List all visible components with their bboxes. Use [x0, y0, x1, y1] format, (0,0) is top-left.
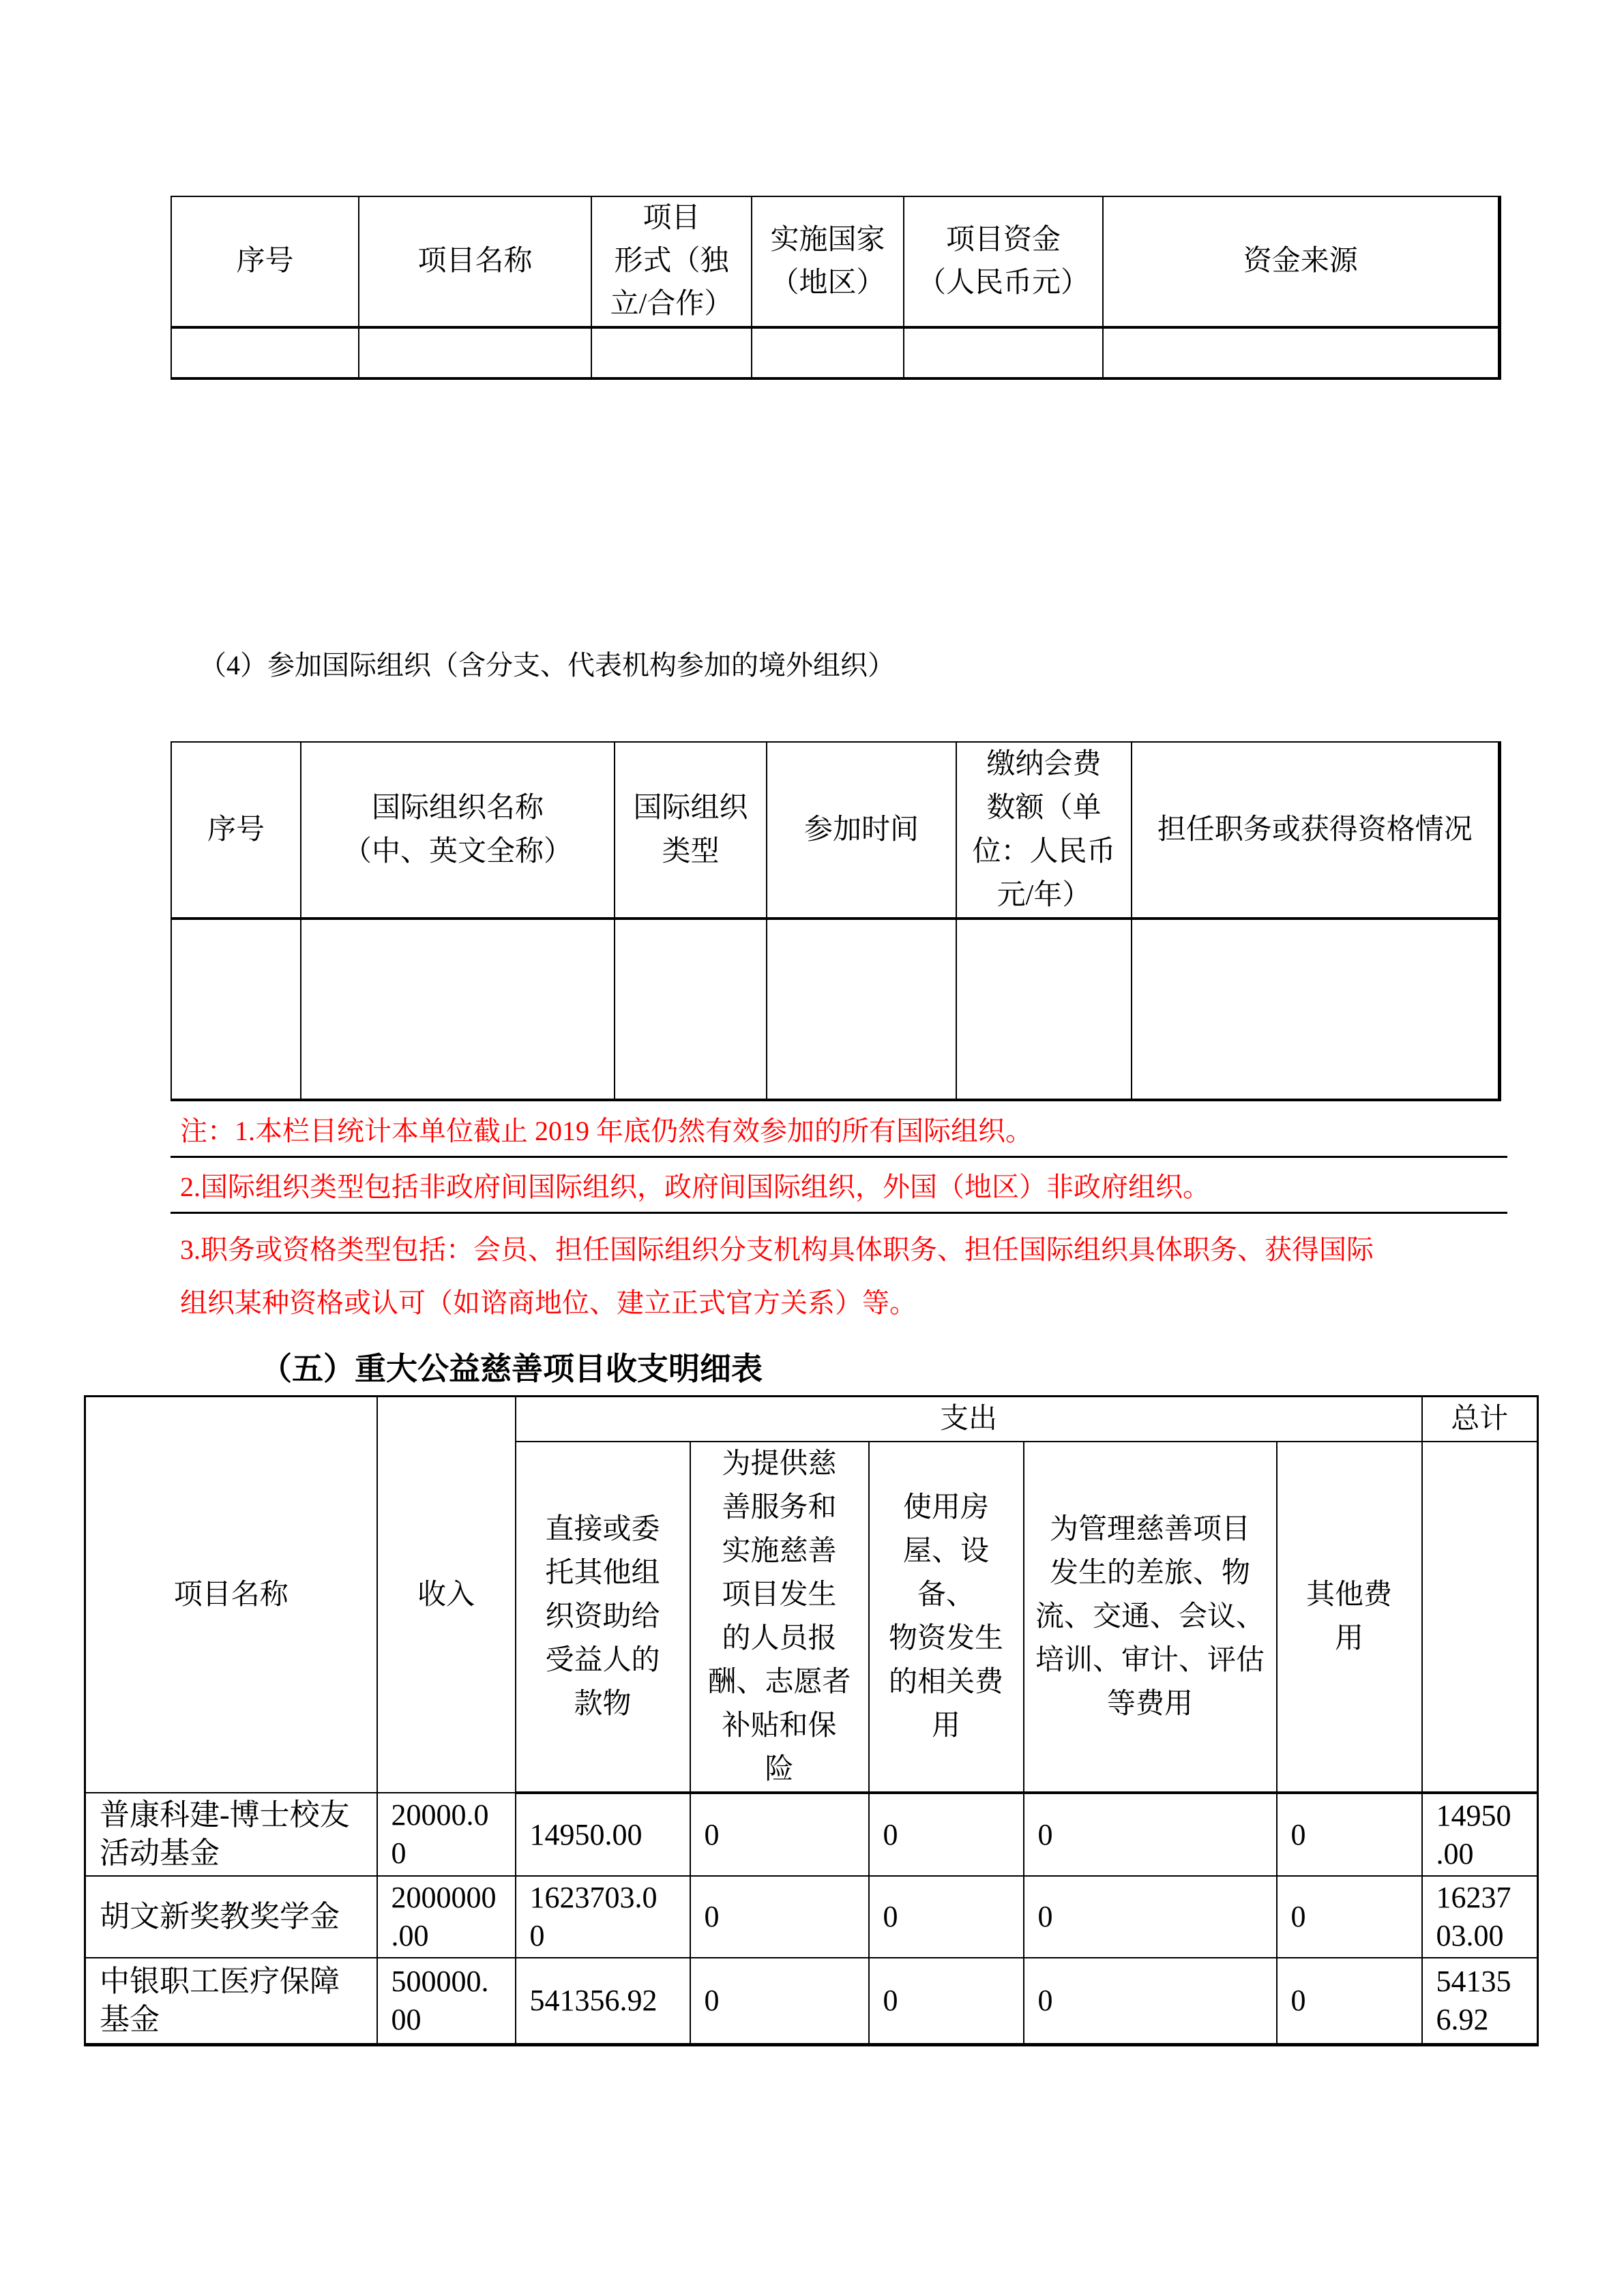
col-header-expense-group: 支出: [516, 1397, 1422, 1442]
project-name-cell: 胡文新奖教奖学金: [85, 1876, 377, 1958]
empty-cell: [904, 327, 1103, 378]
other-costs-cell: 0: [1277, 1876, 1422, 1958]
empty-cell: [956, 919, 1132, 1100]
document-page: 序号 项目名称 项目 形式（独 立/合作） 实施国家 （地区） 项目资金 （人民…: [0, 0, 1624, 2296]
facility-costs-cell: 0: [869, 1876, 1024, 1958]
col-header-project-name: 项目名称: [85, 1397, 377, 1793]
facility-costs-cell: 0: [869, 1958, 1024, 2044]
admin-costs-cell: 0: [1024, 1958, 1277, 2044]
empty-cell: [752, 327, 904, 378]
note-1: 注：1.本栏目统计本单位截止 2019 年底仍然有效参加的所有国际组织。: [171, 1102, 1507, 1158]
col-header-org-type: 国际组织 类型: [615, 742, 767, 919]
empty-cell: [1103, 327, 1499, 378]
facility-costs-cell: 0: [869, 1793, 1024, 1876]
col-header-income: 收入: [377, 1397, 516, 1793]
table-row: 胡文新奖教奖学金 2000000 .00 1623703.0 0 0 0 0 0…: [85, 1876, 1538, 1958]
total-cell: 54135 6.92: [1422, 1958, 1538, 2044]
col-header-project-name: 项目名称: [359, 196, 591, 327]
admin-costs-cell: 0: [1024, 1876, 1277, 1958]
overseas-projects-table: 序号 项目名称 项目 形式（独 立/合作） 实施国家 （地区） 项目资金 （人民…: [171, 196, 1501, 380]
income-cell: 500000. 00: [377, 1958, 516, 2044]
international-orgs-header-row: 序号 国际组织名称 （中、英文全称） 国际组织 类型 参加时间 缴纳会费 数额（…: [171, 742, 1499, 919]
col-header-seq: 序号: [171, 742, 301, 919]
col-header-project-form: 项目 形式（独 立/合作）: [591, 196, 752, 327]
total-cell: 14950 .00: [1422, 1793, 1538, 1876]
empty-cell: [301, 919, 615, 1100]
empty-cell: [591, 327, 752, 378]
col-header-admin-costs: 为管理慈善项目 发生的差旅、物 流、交通、会议、 培训、审计、评估 等费用: [1024, 1442, 1277, 1793]
col-header-country: 实施国家 （地区）: [752, 196, 904, 327]
col-header-funds: 项目资金 （人民币元）: [904, 196, 1103, 327]
service-personnel-cell: 0: [690, 1793, 869, 1876]
service-personnel-cell: 0: [690, 1958, 869, 2044]
other-costs-cell: 0: [1277, 1958, 1422, 2044]
service-personnel-cell: 0: [690, 1876, 869, 1958]
other-costs-cell: 0: [1277, 1793, 1422, 1876]
empty-cell: [171, 327, 359, 378]
international-orgs-table: 序号 国际组织名称 （中、英文全称） 国际组织 类型 参加时间 缴纳会费 数额（…: [171, 741, 1501, 1101]
table-row: 普康科建-博士校友 活动基金 20000.0 0 14950.00 0 0 0 …: [85, 1793, 1538, 1876]
empty-cell: [767, 919, 956, 1100]
overseas-projects-empty-row: [171, 327, 1499, 378]
direct-grants-cell: 14950.00: [516, 1793, 690, 1876]
empty-cell: [1132, 919, 1499, 1100]
note-3: 3.职务或资格类型包括：会员、担任国际组织分支机构具体职务、担任国际组织具体职务…: [171, 1214, 1507, 1316]
col-header-service-personnel: 为提供慈 善服务和 实施慈善 项目发生 的人员报 酬、志愿者 补贴和保 险: [690, 1442, 869, 1793]
notes-block: 注：1.本栏目统计本单位截止 2019 年底仍然有效参加的所有国际组织。 2.国…: [171, 1102, 1507, 1316]
admin-costs-cell: 0: [1024, 1793, 1277, 1876]
international-orgs-empty-row: [171, 919, 1499, 1100]
direct-grants-cell: 541356.92: [516, 1958, 690, 2044]
section-heading-charity-table: （五）重大公益慈善项目收支明细表: [261, 1352, 763, 1387]
col-header-total: 总计: [1422, 1397, 1538, 1442]
empty-cell: [359, 327, 591, 378]
project-name-cell: 中银职工医疗保障 基金: [85, 1958, 377, 2044]
direct-grants-cell: 1623703.0 0: [516, 1876, 690, 1958]
empty-cell: [1422, 1442, 1538, 1793]
table-row: 中银职工医疗保障 基金 500000. 00 541356.92 0 0 0 0…: [85, 1958, 1538, 2044]
empty-cell: [171, 919, 301, 1100]
col-header-join-time: 参加时间: [767, 742, 956, 919]
col-header-membership-fee: 缴纳会费 数额（单 位：人民币 元/年）: [956, 742, 1132, 919]
income-cell: 20000.0 0: [377, 1793, 516, 1876]
section-heading-international-orgs: （4）参加国际组织（含分支、代表机构参加的境外组织）: [199, 648, 895, 683]
empty-cell: [615, 919, 767, 1100]
col-header-seq: 序号: [171, 196, 359, 327]
overseas-projects-header-row: 序号 项目名称 项目 形式（独 立/合作） 实施国家 （地区） 项目资金 （人民…: [171, 196, 1499, 327]
col-header-org-name: 国际组织名称 （中、英文全称）: [301, 742, 615, 919]
total-cell: 16237 03.00: [1422, 1876, 1538, 1958]
col-header-position: 担任职务或获得资格情况: [1132, 742, 1499, 919]
charity-header-row-top: 项目名称 收入 支出 总计: [85, 1397, 1538, 1442]
project-name-cell: 普康科建-博士校友 活动基金: [85, 1793, 377, 1876]
col-header-fund-source: 资金来源: [1103, 196, 1499, 327]
note-2: 2.国际组织类型包括非政府间国际组织，政府间国际组织，外国（地区）非政府组织。: [171, 1158, 1507, 1214]
income-cell: 2000000 .00: [377, 1876, 516, 1958]
col-header-facility-costs: 使用房 屋、设备、 物资发生 的相关费 用: [869, 1442, 1024, 1793]
charity-projects-table: 项目名称 收入 支出 总计 直接或委 托其他组 织资助给 受益人的 款物 为提供…: [84, 1395, 1539, 2046]
col-header-direct-grants: 直接或委 托其他组 织资助给 受益人的 款物: [516, 1442, 690, 1793]
col-header-other-costs: 其他费 用: [1277, 1442, 1422, 1793]
